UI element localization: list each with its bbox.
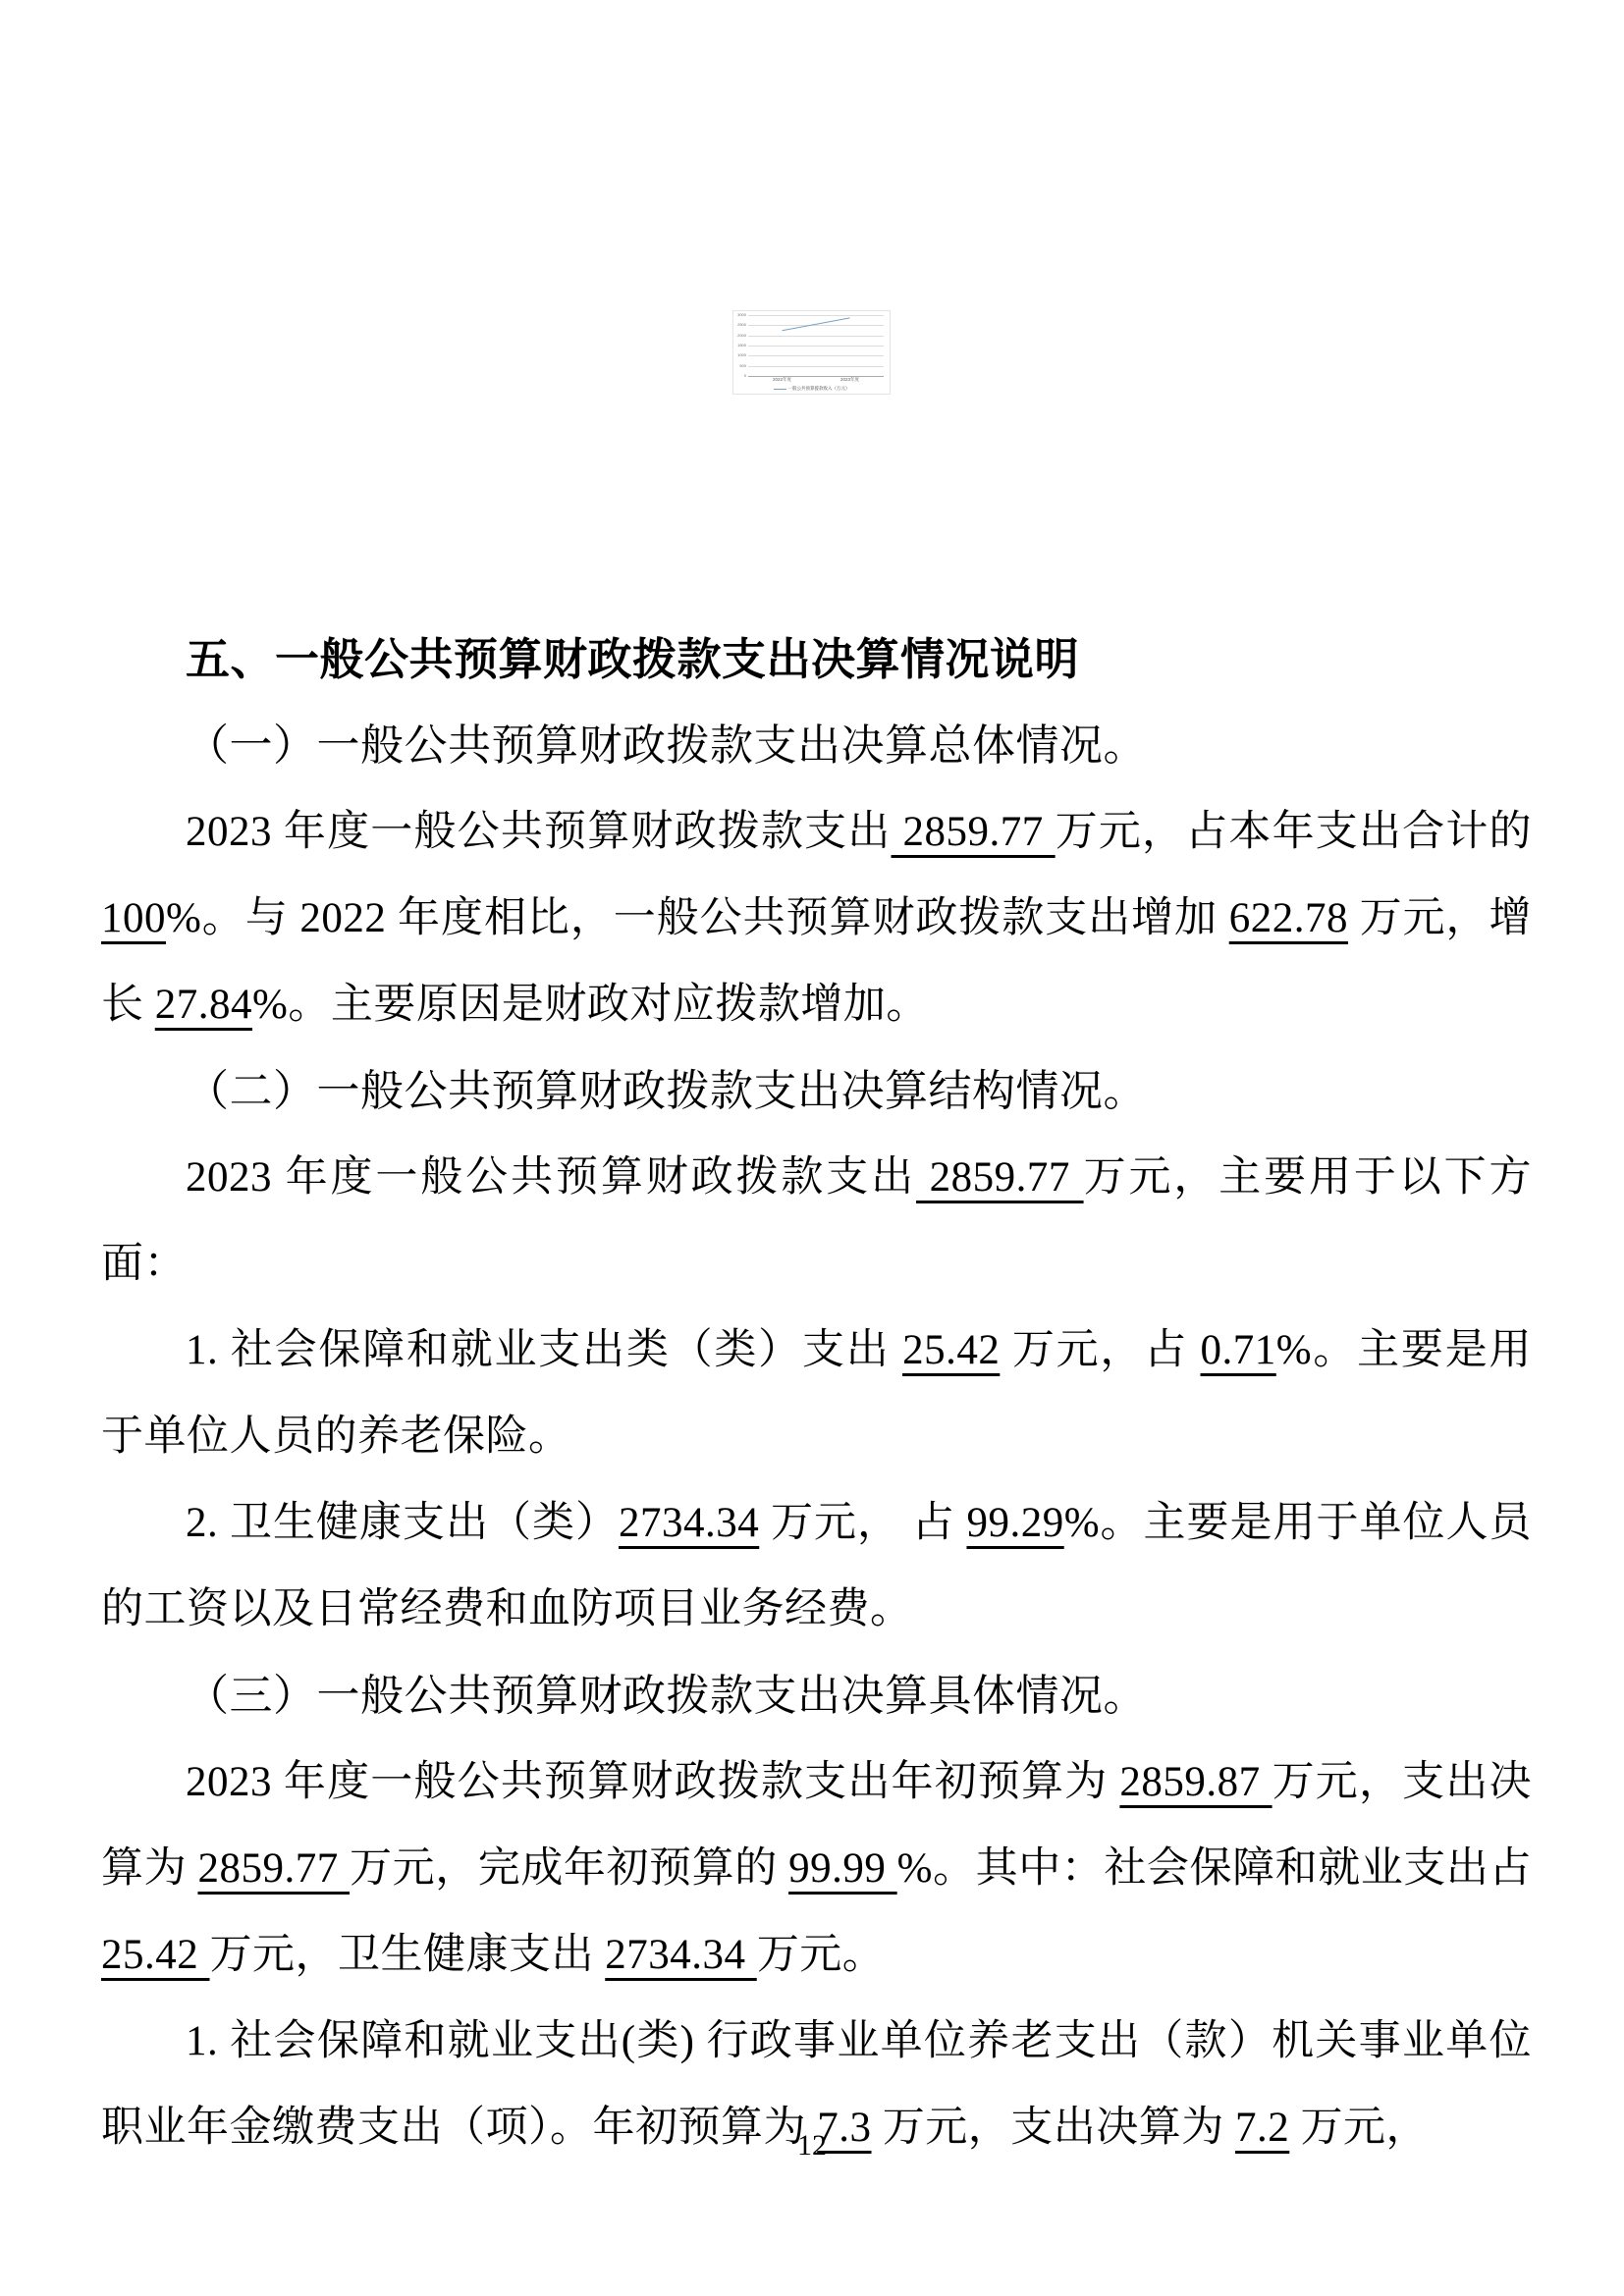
underlined-value: 25.42	[902, 1327, 1000, 1373]
text-run: （二）一般公共预算财政拨款支出决算结构情况。	[186, 1067, 1147, 1115]
underlined-value: 2859.77	[197, 1845, 350, 1892]
subsection-3: （三）一般公共预算财政拨款支出决算具体情况。	[101, 1653, 1532, 1739]
underlined-value: 25.42	[101, 1932, 210, 1978]
y-tick-label: 1500	[737, 344, 746, 347]
x-tick-label: 2023年度	[840, 377, 859, 383]
underlined-value: 0.71	[1201, 1327, 1276, 1373]
text-run: 万元，卫生健康支出	[210, 1932, 606, 1978]
chart-legend: 一般公共预算拨款收入（万元）	[733, 384, 890, 394]
text-run: 万元。	[757, 1932, 886, 1978]
para-item-1: 1. 社会保障和就业支出类（类）支出 25.42 万元，占 0.71%。主要是用…	[101, 1308, 1532, 1480]
chart-main: 300025002000150010005000	[733, 311, 890, 376]
legend-line-marker	[774, 389, 786, 390]
text-run: 万元，占	[1000, 1327, 1200, 1373]
y-tick-label: 2000	[737, 334, 746, 338]
underlined-value: 2859.77	[916, 1154, 1084, 1201]
section-heading: 五、一般公共预算财政拨款支出决算情况说明	[101, 616, 1532, 703]
chart-plot	[748, 315, 884, 376]
chart-line	[748, 315, 884, 376]
text-run: （一）一般公共预算财政拨款支出决算总体情况。	[186, 721, 1147, 770]
text-run: 2023 年度一般公共预算财政拨款支出	[186, 809, 892, 855]
para-structure: 2023 年度一般公共预算财政拨款支出 2859.77 万元，主要用于以下方面：	[101, 1135, 1532, 1308]
para-overall: 2023 年度一般公共预算财政拨款支出 2859.77 万元，占本年支出合计的 …	[101, 789, 1532, 1048]
underlined-value: 2734.34	[605, 1932, 757, 1978]
underlined-value: 27.84	[155, 982, 252, 1028]
page-number: 12	[0, 2126, 1624, 2165]
legend-label: 一般公共预算拨款收入（万元）	[788, 386, 850, 392]
y-tick-label: 0	[744, 374, 746, 378]
underlined-value: 622.78	[1229, 895, 1348, 941]
y-tick-label: 500	[739, 364, 746, 368]
text-run: %。与 2022 年度相比，一般公共预算财政拨款支出增加	[166, 895, 1229, 941]
text-run: %。主要原因是财政对应拨款增加。	[252, 982, 929, 1028]
para-detail: 2023 年度一般公共预算财政拨款支出年初预算为 2859.87 万元，支出决算…	[101, 1739, 1532, 1999]
underlined-value: 99.29	[966, 1500, 1063, 1546]
underlined-value: 2859.87	[1119, 1759, 1272, 1805]
text-run: 2023 年度一般公共预算财政拨款支出	[186, 1154, 916, 1201]
y-tick-label: 1000	[737, 353, 746, 357]
text-run: 1. 社会保障和就业支出类（类）支出	[186, 1327, 902, 1373]
budget-income-line-chart: 300025002000150010005000 2022年度2023年度 一般…	[732, 310, 891, 395]
text-run: 2023 年度一般公共预算财政拨款支出年初预算为	[186, 1759, 1119, 1805]
underlined-value: 2734.34	[619, 1500, 759, 1546]
document-body: 五、一般公共预算财政拨款支出决算情况说明（一）一般公共预算财政拨款支出决算总体情…	[101, 616, 1532, 2171]
text-run: 2. 卫生健康支出（类）	[186, 1500, 619, 1546]
text-run: 万元，占本年支出合计的	[1056, 809, 1532, 855]
subsection-2: （二）一般公共预算财政拨款支出决算结构情况。	[101, 1048, 1532, 1135]
document-page: 300025002000150010005000 2022年度2023年度 一般…	[0, 0, 1624, 2296]
text-run: 万元， 占	[759, 1500, 966, 1546]
text-run: %。其中：社会保障和就业支出占	[897, 1845, 1532, 1892]
x-tick-label: 2022年度	[773, 377, 791, 383]
underlined-value: 100	[101, 895, 166, 941]
text-run: 万元，完成年初预算的	[350, 1845, 788, 1892]
chart-y-axis: 300025002000150010005000	[735, 315, 748, 376]
y-tick-label: 2500	[737, 323, 746, 327]
underlined-value: 99.99	[788, 1845, 897, 1892]
subsection-1: （一）一般公共预算财政拨款支出决算总体情况。	[101, 703, 1532, 789]
chart-x-axis: 2022年度2023年度	[748, 376, 884, 384]
text-run: （三）一般公共预算财政拨款支出决算具体情况。	[186, 1672, 1147, 1720]
para-item-2: 2. 卫生健康支出（类）2734.34 万元， 占 99.29%。主要是用于单位…	[101, 1480, 1532, 1653]
underlined-value: 2859.77	[892, 809, 1056, 855]
y-tick-label: 3000	[737, 313, 746, 317]
text-run: 五、一般公共预算财政拨款支出决算情况说明	[186, 634, 1079, 684]
